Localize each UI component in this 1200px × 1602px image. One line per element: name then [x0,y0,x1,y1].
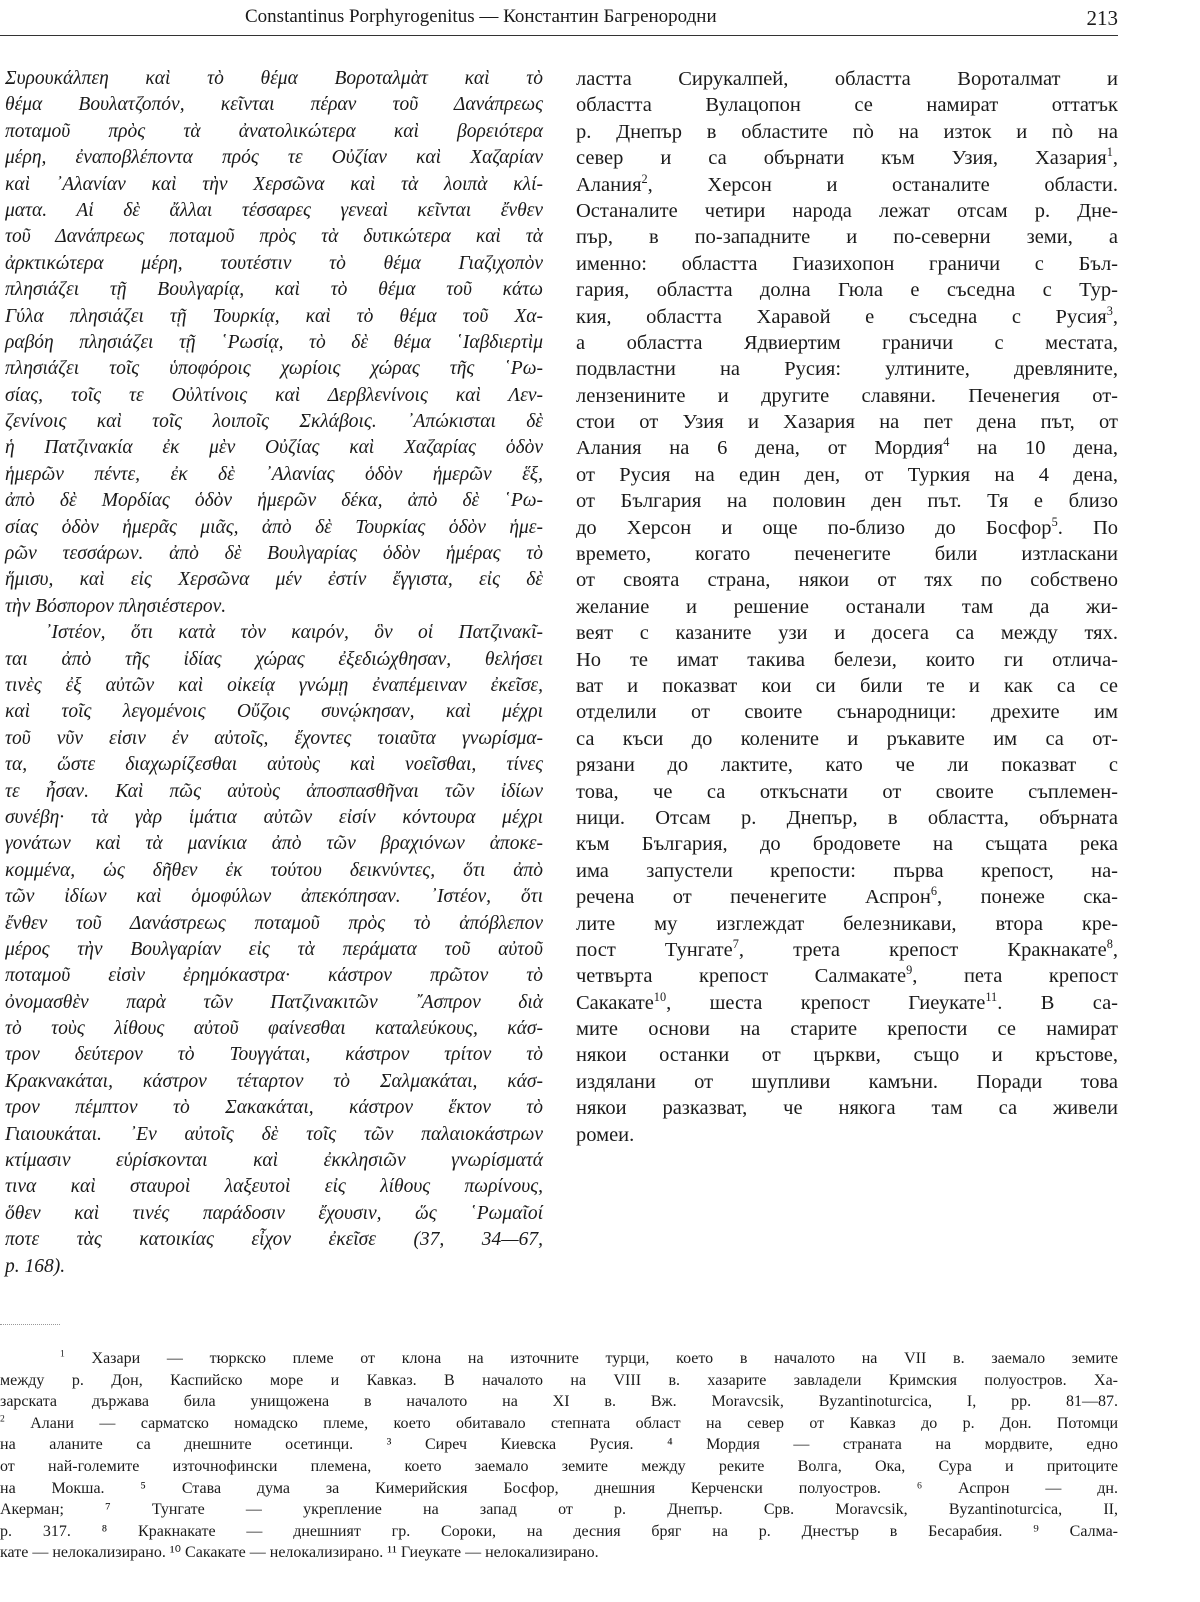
translation-text-line: лензенините и другите славяни. Печенегия… [576,383,1118,409]
translation-text-line: кия, областта Харавой е съседна с Русия3… [576,304,1118,330]
translation-text-line: до Херсон и още по-близо до Босфор5. По [576,515,1118,541]
footnote-line: между р. Дон, Каспийско море и Кавказ. В… [0,1370,1118,1392]
footnote-reference[interactable]: 4 [943,436,949,450]
footnote-line: кате — нелокализирано. ¹⁰ Сакакате — нел… [0,1542,1118,1564]
greek-text-line: ὀνομασθὲν παρὰ τῶν Πατζινακιτῶν ῎Ασπρον … [5,990,543,1016]
translation-text-line: стои от Узия и Хазария на пет дена път, … [576,409,1118,435]
greek-text-line: ἀρκτικώτερα μέρη, τουτέστιν τὸ θέμα Γιαζ… [5,251,543,277]
footnote-line: зарската държава била унищожена в начало… [0,1391,1118,1413]
translation-text-line: това, че са откъснати от своите съплемен… [576,779,1118,805]
translation-text-line: гария, областта долна Гюла е съседна с Т… [576,277,1118,303]
greek-text-line: συνέβη· τὰ γὰρ ἱμάτια αὐτῶν εἰσίν κόντου… [5,805,543,831]
translation-text-line: областта Вулацопон се намират оттатък [576,92,1118,118]
greek-text-line: ποταμοῦ εἰσὶν ἐρημόκαστρα· κάστρον πρῶτο… [5,963,543,989]
greek-text-line: ρῶν τεσσάρων. ἀπὸ δὲ Βουλγαρίας ὁδὸν ἡμέ… [5,541,543,567]
footnote-line: от най-големите източнофински племена, к… [0,1456,1118,1478]
greek-text-line: τινὲς ἐξ αὐτῶν καὶ οἰκείᾳ γνώμῃ ἐναπέμει… [5,673,543,699]
page-number: 213 [1087,6,1119,31]
translation-text-line: от България на половин ден път. Тя е бли… [576,488,1118,514]
greek-text-line: ᾿Ιστέον, ὅτι κατὰ τὸν καιρόν, ὃν οἱ Πατζ… [5,620,543,646]
greek-text-line: κομμένα, ὡς δῆθεν ἐκ τούτου δεικνύντες, … [5,858,543,884]
greek-text-line: τινα καὶ σταυροὶ λαξευτοὶ εἰς λίθους πωρ… [5,1174,543,1200]
footnote-line: 2 Алани — сарматско номадско племе, коет… [0,1413,1118,1435]
greek-text-line: τοῦ Δανάπρεως ποταμοῦ πρὸς τὰ δυτικώτερα… [5,224,543,250]
translation-text-line: някои разказват, че някога там са живели [576,1095,1118,1121]
footnote-reference[interactable]: 7 [733,937,739,951]
translation-text-line: има запустели крепости: първа крепост, н… [576,858,1118,884]
header-rule [0,35,1118,36]
greek-text-line: καὶ ᾿Αλανίαν καὶ τὴν Χερσῶνα καὶ τὰ λοιπ… [5,172,543,198]
footnote-number: 1 [60,1349,65,1360]
greek-text-line: ραβόη πλησιάζει τῇ ῾Ρωσίᾳ, τὸ δὲ θέμα ῾Ι… [5,330,543,356]
greek-text-line: ποτε τὰς κατοικίας εἶχον ἐκεῖσε (37, 34—… [5,1227,543,1253]
greek-text-line: γονάτων καὶ τὰ μανίκια ἀπὸ τῶν βραχιόνων… [5,831,543,857]
greek-text-line: ὅθεν καὶ τινές παράδοσιν ἔχουσιν, ὥς ῾Ρω… [5,1201,543,1227]
greek-text-line: μέρος τὴν Βουλγαρίαν εἰς τὰ περάματα τοῦ… [5,937,543,963]
translation-text-line: а областта Ядвиертим граничи с местата, [576,330,1118,356]
footnote-separator [0,1324,60,1325]
footnote-reference[interactable]: 5 [1052,515,1058,529]
footnote-line: p. 317. ⁸ Кракнакате — днешният гр. Соро… [0,1521,1118,1543]
greek-text-line: τε ἦσαν. Καὶ πῶς αὐτοὺς ἀποσπασθῆναι τῶν… [5,779,543,805]
translation-text-line: издялани от шупливи камъни. Поради това [576,1069,1118,1095]
greek-text-line: Γιαιουκάται. ᾿Εν αὐτοῖς δὲ τοῖς τῶν παλα… [5,1122,543,1148]
translation-text-line: Сакакате10, шеста крепост Гиеукате11. В … [576,990,1118,1016]
translation-text-line: веят с казаните узи и досега са между тя… [576,620,1118,646]
greek-text-line: πλησιάζει τῇ Βουλγαρίᾳ, καὶ τὸ θέμα τοῦ … [5,277,543,303]
greek-text-line: τα, ὥστε διαχωρίζεσθαι αὐτοὺς καὶ νοεῖσθ… [5,752,543,778]
greek-text-line: σίας ὁδὸν ἡμερᾶς μιᾶς, ἀπὸ δὲ Τουρκίας ὁ… [5,515,543,541]
greek-text-line: τῶν ἰδίων καὶ ὁμοφύλων ἀπεκόπησαν. ᾿Ιστέ… [5,884,543,910]
translation-text-line: ници. Отсам р. Днепър, в областта, обърн… [576,805,1118,831]
greek-text-line: ἡ Πατζινακία ἐκ μὲν Οὐζίας καὶ Χαζαρίας … [5,435,543,461]
translation-text-line: от Русия на един ден, от Туркия на 4 ден… [576,462,1118,488]
translation-text-line: именно: областта Гиазихопон граничи с Бъ… [576,251,1118,277]
translation-text-line: пър, в по-западните и по-северни земи, а [576,224,1118,250]
greek-text-line: ἔνθεν τοῦ Δανάστρεως ποταμοῦ πρὸς τὸ ἀπό… [5,911,543,937]
translation-text-line: времето, когато печенегите били изтласка… [576,541,1118,567]
translation-text-line: рязани до лактите, като че ли показват с [576,752,1118,778]
footnotes: 1 Хазари — тюркско племе от клона на изт… [0,1348,1118,1564]
footnote-reference[interactable]: 9 [906,963,912,977]
footnote-reference[interactable]: 6 [931,884,937,898]
translation-text-line: Останалите четири народа лежат отсам р. … [576,198,1118,224]
footnote-reference[interactable]: 1 [1107,145,1113,159]
footnote-line: на Мокша. ⁵ Става дума за Кимерийския Бо… [0,1478,1118,1500]
translation-text-line: подвластни на Русия: ултините, древлянит… [576,356,1118,382]
running-header: Constantinus Porphyrogenitus — Константи… [0,0,1118,38]
greek-text-line: ἥμισυ, καὶ εἰς Χερσῶνα μέν ἐστίν ἔγγιστα… [5,567,543,593]
greek-text-line: τὴν Βόσπορον πλησιέστερον. [5,594,543,620]
greek-text-line: καὶ τοῖς λεγομένοις Οὔζοις συνῴκησαν, κα… [5,699,543,725]
translation-text-line: Алания2, Херсон и останалите области. [576,172,1118,198]
translation-text-line: р. Днепър в областите пò на изток и пò н… [576,119,1118,145]
greek-text-line: τὸ τοὺς λίθους αὐτοῦ φαίνεσθαι καταλεύκο… [5,1016,543,1042]
translation-text-line: Но те имат такива белези, които ги отлич… [576,647,1118,673]
translation-text-line: четвърта крепост Салмакате9, пета крепос… [576,963,1118,989]
footnote-reference[interactable]: 11 [985,990,997,1004]
translation-text-line: някои останки от църкви, също и кръстове… [576,1042,1118,1068]
translation-text-line: ластта Сирукалпей, областта Вороталмат и [576,66,1118,92]
translation-text-line: ромеи. [576,1122,1118,1148]
translation-text-line: речена от печенегите Аспрон6, понеже ска… [576,884,1118,910]
translation-text-line: отделили от своите сънародници: дрехите … [576,699,1118,725]
greek-text-line: τρον δεύτερον τὸ Τουγγάται, κάστρον τρίτ… [5,1042,543,1068]
greek-text-column: Συρουκάλπεη καὶ τὸ θέμα Βοροταλμὰτ καὶ τ… [5,66,543,1280]
footnote-reference[interactable]: 8 [1107,937,1113,951]
translation-text-line: Алания на 6 дена, от Мордия4 на 10 дена, [576,435,1118,461]
footnote-reference[interactable]: 10 [654,990,666,1004]
greek-text-line: ἀπὸ δὲ Μορδίας ὁδὸν ἡμερῶν δέκα, ἀπὸ δὲ … [5,488,543,514]
header-title: Constantinus Porphyrogenitus — Константи… [245,6,717,28]
greek-text-line: μέρη, ἐναποβλέποντα πρός τε Οὐζίαν καὶ Χ… [5,145,543,171]
footnote-line: Акерман; ⁷ Тунгате — укрепление на запад… [0,1499,1118,1521]
greek-text-line: Γύλα πλησιάζει τῇ Τουρκίᾳ, καὶ τὸ θέμα τ… [5,304,543,330]
translation-text-line: лите му изглеждат белезникави, втора кре… [576,911,1118,937]
translation-text-line: мите основи на старите крепости се намир… [576,1016,1118,1042]
footnote-line: 1 Хазари — тюркско племе от клона на изт… [0,1348,1118,1370]
greek-text-line: ται ἀπὸ τῆς ἰδίας χώρας ἐξεδιώχθησαν, θε… [5,647,543,673]
greek-text-line: θέμα Βουλατζοπόν, κεῖνται πέραν τοῦ Δανά… [5,92,543,118]
greek-text-line: Συρουκάλπεη καὶ τὸ θέμα Βοροταλμὰτ καὶ τ… [5,66,543,92]
translation-text-line: север и са обърнати към Узия, Хазария1, [576,145,1118,171]
translation-text-line: от своята страна, някои от тях по собств… [576,567,1118,593]
greek-text-line: ἡμερῶν πέντε, ἐκ δὲ ᾿Αλανίας ὁδὸν ἡμερῶν… [5,462,543,488]
document-page: Constantinus Porphyrogenitus — Константи… [0,0,1200,1602]
greek-text-line: ζενίνοις καὶ τοῖς λοιποῖς Σκλάβοις. ᾿Απώ… [5,409,543,435]
translation-text-line: към България, до бродовете на същата рек… [576,831,1118,857]
greek-text-line: τρον πέμπτον τὸ Σακακάται, κάστρον ἕκτον… [5,1095,543,1121]
greek-text-line: p. 168). [5,1254,543,1280]
greek-text-line: κτίμασιν εὑρίσκονται καὶ ἐκκλησιῶν γνωρί… [5,1148,543,1174]
greek-text-line: ποταμοῦ πρὸς τὰ ἀνατολικώτερα καὶ βορειό… [5,119,543,145]
translation-text-line: пост Тунгате7, трета крепост Кракнакате8… [576,937,1118,963]
greek-text-line: σίας, τοῖς τε Οὐλτίνοις καὶ Δερβλενίνοις… [5,383,543,409]
bulgarian-translation-column: ластта Сирукалпей, областта Вороталмат и… [576,66,1118,1148]
footnote-reference[interactable]: 3 [1107,304,1113,318]
greek-text-line: πλησιάζει τοῖς ὑποφόροις χωρίοις χώρας τ… [5,356,543,382]
translation-text-line: желание и решение останали там да жи- [576,594,1118,620]
greek-text-line: ματα. Αἱ δὲ ἄλλαι τέσσαρες γενεαὶ κεῖντα… [5,198,543,224]
greek-text-line: Κρακνακάται, κάστρον τέταρτον τὸ Σαλμακά… [5,1069,543,1095]
footnote-number: 2 [0,1413,5,1424]
translation-text-line: са къси до колените и ръкавите им са от- [576,726,1118,752]
translation-text-line: ват и показват кои си били те и как са с… [576,673,1118,699]
greek-text-line: τοῦ νῦν εἰσιν ἐν αὐτοῖς, ἔχοντες τοιαῦτα… [5,726,543,752]
footnote-reference[interactable]: 2 [642,172,648,186]
footnote-line: на аланите са днешните осетинци. ³ Сиреч… [0,1434,1118,1456]
